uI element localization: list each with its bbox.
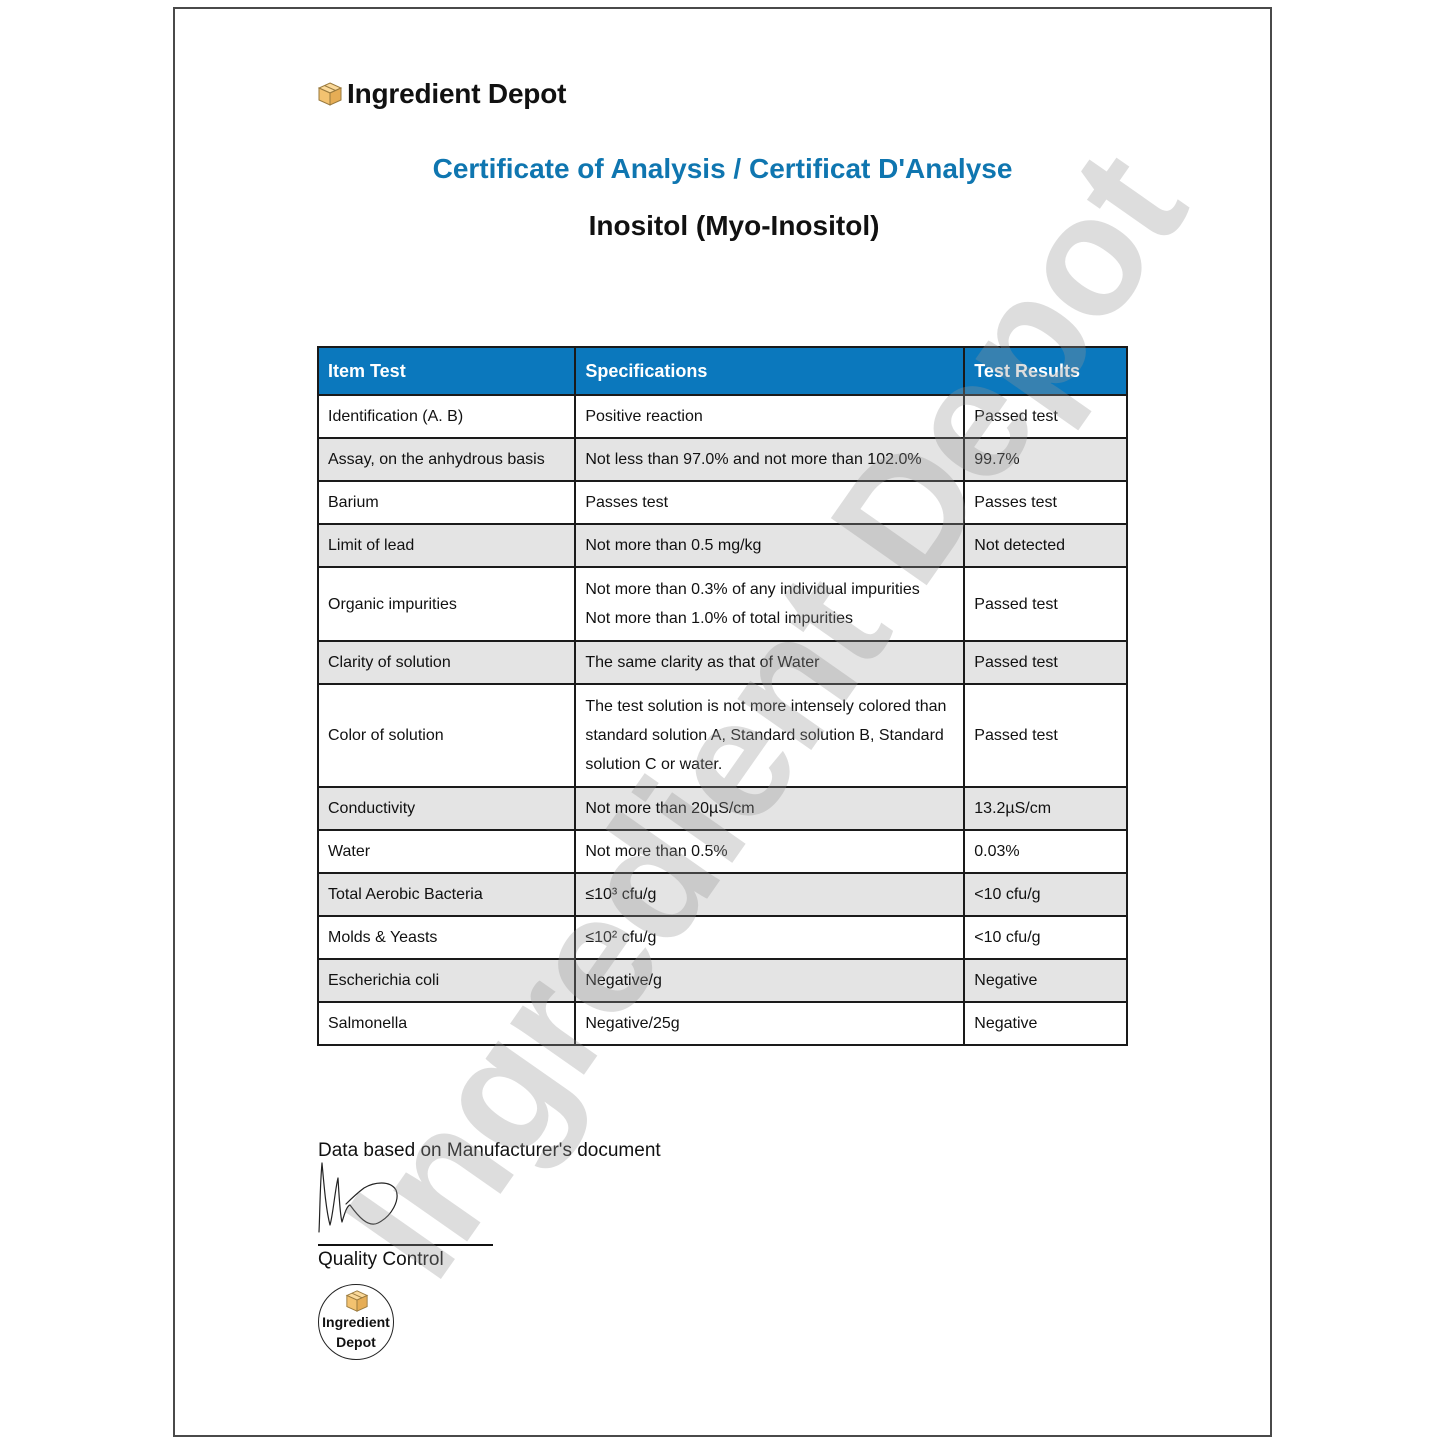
cell-specification: The same clarity as that of Water — [575, 641, 964, 684]
cell-test-result: 0.03% — [964, 830, 1127, 873]
cell-item-test: Clarity of solution — [318, 641, 575, 684]
seal-line-2: Depot — [319, 1332, 393, 1352]
cell-specification: Not more than 0.3% of any individual imp… — [575, 567, 964, 641]
cell-specification: Not more than 0.5% — [575, 830, 964, 873]
cell-test-result: <10 cfu/g — [964, 873, 1127, 916]
table-row: Color of solutionThe test solution is no… — [318, 684, 1127, 787]
document-title: Certificate of Analysis / Certificat D'A… — [0, 153, 1445, 185]
cell-test-result: 99.7% — [964, 438, 1127, 481]
cell-item-test: Molds & Yeasts — [318, 916, 575, 959]
seal-line-1: Ingredient — [319, 1312, 393, 1332]
table-row: Organic impuritiesNot more than 0.3% of … — [318, 567, 1127, 641]
table-row: Molds & Yeasts≤10² cfu/g<10 cfu/g — [318, 916, 1127, 959]
cell-test-result: Passed test — [964, 567, 1127, 641]
specification-line: ≤10² cfu/g — [585, 923, 954, 952]
cell-item-test: Organic impurities — [318, 567, 575, 641]
specification-line: Negative/g — [585, 966, 954, 995]
cell-test-result: 13.2µS/cm — [964, 787, 1127, 830]
table-row: Identification (A. B)Positive reactionPa… — [318, 395, 1127, 438]
table-row: Escherichia coliNegative/gNegative — [318, 959, 1127, 1002]
cell-specification: Negative/g — [575, 959, 964, 1002]
signature-line — [318, 1244, 493, 1246]
cell-specification: Not more than 20µS/cm — [575, 787, 964, 830]
cell-item-test: Total Aerobic Bacteria — [318, 873, 575, 916]
cell-item-test: Barium — [318, 481, 575, 524]
product-name: Inositol (Myo-Inositol) — [0, 210, 1445, 242]
specification-line: Not less than 97.0% and not more than 10… — [585, 445, 954, 474]
cell-test-result: Passed test — [964, 641, 1127, 684]
cell-specification: Positive reaction — [575, 395, 964, 438]
table-header-row: Item Test Specifications Test Results — [318, 347, 1127, 395]
cell-item-test: Salmonella — [318, 1002, 575, 1045]
cardboard-box-icon — [345, 1289, 369, 1313]
header-specifications: Specifications — [575, 347, 964, 395]
cell-specification: The test solution is not more intensely … — [575, 684, 964, 787]
cell-item-test: Escherichia coli — [318, 959, 575, 1002]
cell-specification: ≤10² cfu/g — [575, 916, 964, 959]
specification-line: Negative/25g — [585, 1009, 954, 1038]
cell-specification: Negative/25g — [575, 1002, 964, 1045]
specification-line: The test solution is not more intensely … — [585, 692, 954, 779]
cell-test-result: Passed test — [964, 395, 1127, 438]
cell-item-test: Conductivity — [318, 787, 575, 830]
table-row: Assay, on the anhydrous basisNot less th… — [318, 438, 1127, 481]
analysis-table: Item Test Specifications Test Results Id… — [317, 346, 1128, 1046]
quality-control-label: Quality Control — [318, 1249, 444, 1271]
cell-specification: Passes test — [575, 481, 964, 524]
manufacturer-note: Data based on Manufacturer's document — [318, 1140, 661, 1162]
header-test-results: Test Results — [964, 347, 1127, 395]
specification-line: Passes test — [585, 488, 954, 517]
specification-line: Positive reaction — [585, 402, 954, 431]
cell-test-result: Negative — [964, 1002, 1127, 1045]
specification-line: The same clarity as that of Water — [585, 648, 954, 677]
cell-specification: ≤10³ cfu/g — [575, 873, 964, 916]
signature-image — [316, 1160, 416, 1238]
specification-line: Not more than 1.0% of total impurities — [585, 604, 954, 633]
cell-test-result: Not detected — [964, 524, 1127, 567]
header-item-test: Item Test — [318, 347, 575, 395]
table-row: BariumPasses testPasses test — [318, 481, 1127, 524]
table-row: ConductivityNot more than 20µS/cm13.2µS/… — [318, 787, 1127, 830]
cell-item-test: Limit of lead — [318, 524, 575, 567]
table-row: Total Aerobic Bacteria≤10³ cfu/g<10 cfu/… — [318, 873, 1127, 916]
company-seal: Ingredient Depot — [318, 1284, 394, 1360]
brand-name: Ingredient Depot — [347, 78, 566, 110]
specification-line: Not more than 0.3% of any individual imp… — [585, 575, 954, 604]
table-row: Limit of leadNot more than 0.5 mg/kgNot … — [318, 524, 1127, 567]
cell-specification: Not more than 0.5 mg/kg — [575, 524, 964, 567]
cell-test-result: Negative — [964, 959, 1127, 1002]
cell-item-test: Color of solution — [318, 684, 575, 787]
specification-line: ≤10³ cfu/g — [585, 880, 954, 909]
cell-item-test: Water — [318, 830, 575, 873]
cell-test-result: Passes test — [964, 481, 1127, 524]
table-row: Clarity of solutionThe same clarity as t… — [318, 641, 1127, 684]
specification-line: Not more than 0.5 mg/kg — [585, 531, 954, 560]
cardboard-box-icon — [317, 81, 343, 107]
table-row: WaterNot more than 0.5%0.03% — [318, 830, 1127, 873]
cell-item-test: Identification (A. B) — [318, 395, 575, 438]
cell-test-result: Passed test — [964, 684, 1127, 787]
specification-line: Not more than 20µS/cm — [585, 794, 954, 823]
cell-test-result: <10 cfu/g — [964, 916, 1127, 959]
specification-line: Not more than 0.5% — [585, 837, 954, 866]
cell-item-test: Assay, on the anhydrous basis — [318, 438, 575, 481]
seal-text: Ingredient Depot — [319, 1312, 393, 1352]
brand-header: Ingredient Depot — [317, 78, 566, 110]
cell-specification: Not less than 97.0% and not more than 10… — [575, 438, 964, 481]
table-row: SalmonellaNegative/25gNegative — [318, 1002, 1127, 1045]
